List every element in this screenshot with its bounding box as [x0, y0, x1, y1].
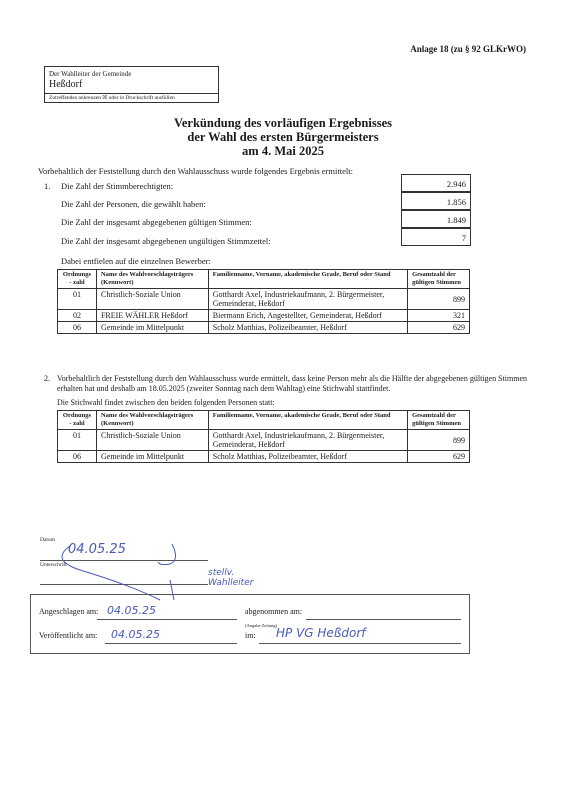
cell-candidate: Scholz Matthias, Polizeibeamter, Heßdorf	[208, 451, 407, 463]
issuer-label: Der Wahlleiter der Gemeinde	[45, 67, 218, 78]
cell-candidate: Biermann Erich, Angestellter, Gemeindera…	[208, 310, 407, 322]
cell-order: 01	[58, 289, 97, 310]
stat-value-valid: 1.849	[401, 210, 471, 228]
cell-votes: 629	[408, 322, 470, 334]
header-order: Ordnungs - zahl	[58, 411, 97, 430]
stat-label-voters: Die Zahl der Personen, die gewählt haben…	[61, 199, 206, 209]
runoff-table: Ordnungs - zahl Name des Wahlvorschlagst…	[57, 410, 470, 463]
cell-votes: 321	[408, 310, 470, 322]
cell-party: FREIE WÄHLER Heßdorf	[96, 310, 208, 322]
title-line-1: Verkündung des vorläufigen Ergebnisses	[0, 116, 566, 130]
header-order: Ordnungs - zahl	[58, 270, 97, 289]
stat-label-valid: Die Zahl der insgesamt abgegebenen gülti…	[61, 217, 252, 227]
where-label: im:	[245, 631, 256, 640]
table-header-row: Ordnungs - zahl Name des Wahlvorschlagst…	[58, 411, 470, 430]
stat-value-eligible: 2.946	[401, 174, 471, 192]
document-title: Verkündung des vorläufigen Ergebnisses d…	[0, 116, 566, 158]
cell-order: 01	[58, 430, 97, 451]
table-header-row: Ordnungs - zahl Name des Wahlvorschlagst…	[58, 270, 470, 289]
stat-value-invalid: 7	[401, 228, 471, 246]
published-value: 04.05.25	[111, 628, 160, 641]
published-line	[105, 643, 237, 644]
cell-votes: 629	[408, 451, 470, 463]
cell-votes: 899	[408, 289, 470, 310]
cell-party: Gemeinde im Mittelpunkt	[96, 451, 208, 463]
header-candidate: Familienname, Vorname, akademische Grade…	[208, 270, 407, 289]
removed-line	[306, 619, 461, 620]
removed-label: abgenommen am:	[245, 607, 302, 616]
stat-label-eligible: Die Zahl der Stimmberechtigten:	[61, 181, 173, 191]
cell-candidate: Gotthardt Axel, Industriekaufmann, 2. Bü…	[208, 430, 407, 451]
header-candidate: Familienname, Vorname, akademische Grade…	[208, 411, 407, 430]
section2-text: Vorbehaltlich der Feststellung durch den…	[57, 374, 527, 394]
table-row: 01Christlich-Soziale UnionGotthardt Axel…	[58, 289, 470, 310]
cell-votes: 899	[408, 430, 470, 451]
candidates-table: Ordnungs - zahl Name des Wahlvorschlagst…	[57, 269, 470, 334]
cell-candidate: Scholz Matthias, Polizeibeamter, Heßdorf	[208, 322, 407, 334]
where-hint: (Angabe Zeitung)	[245, 623, 277, 628]
table-row: 02FREIE WÄHLER HeßdorfBiermann Erich, An…	[58, 310, 470, 322]
header-votes: Gesamtzahl der gültigen Stimmen	[408, 270, 470, 289]
signature-stroke-icon	[40, 540, 220, 602]
posted-line	[97, 619, 237, 620]
annex-reference: Anlage 18 (zu § 92 GLKrWO)	[410, 44, 526, 54]
cell-party: Gemeinde im Mittelpunkt	[96, 322, 208, 334]
table-row: 06Gemeinde im MittelpunktScholz Matthias…	[58, 322, 470, 334]
intro-text: Vorbehaltlich der Feststellung durch den…	[38, 166, 353, 176]
cell-order: 02	[58, 310, 97, 322]
header-party: Name des Wahlvorschlagsträgers (Kennwort…	[96, 270, 208, 289]
cell-order: 06	[58, 451, 97, 463]
header-votes: Gesamtzahl der gültigen Stimmen	[408, 411, 470, 430]
posted-value: 04.05.25	[107, 604, 156, 617]
table-row: 01Christlich-Soziale UnionGotthardt Axel…	[58, 430, 470, 451]
table-row: 06Gemeinde im MittelpunktScholz Matthias…	[58, 451, 470, 463]
posting-box: Angeschlagen am: 04.05.25 Veröffentlicht…	[30, 594, 470, 654]
published-label: Veröffentlicht am:	[39, 631, 97, 640]
issuer-box: Der Wahlleiter der Gemeinde Heßdorf Zutr…	[44, 66, 219, 103]
runoff-intro: Die Stichwahl findet zwischen den beiden…	[57, 398, 275, 407]
cell-order: 06	[58, 322, 97, 334]
cell-party: Christlich-Soziale Union	[96, 430, 208, 451]
cell-candidate: Gotthardt Axel, Industriekaufmann, 2. Bü…	[208, 289, 407, 310]
where-value: HP VG Heßdorf	[276, 626, 365, 640]
issuer-hint: Zutreffendes ankreuzen ☒ oder in Drucksc…	[45, 93, 218, 102]
header-party: Name des Wahlvorschlagsträgers (Kennwort…	[96, 411, 208, 430]
stat-label-invalid: Die Zahl der insgesamt abgegebenen ungül…	[61, 236, 271, 246]
stat-value-voters: 1.856	[401, 192, 471, 210]
title-line-2: der Wahl des ersten Bürgermeisters	[0, 130, 566, 144]
section2-number: 2.	[44, 374, 50, 383]
candidates-intro: Dabei entfielen auf die einzelnen Bewerb…	[61, 256, 211, 266]
cell-party: Christlich-Soziale Union	[96, 289, 208, 310]
where-line	[259, 643, 461, 644]
title-line-3: am 4. Mai 2025	[0, 144, 566, 158]
section1-number: 1.	[44, 181, 50, 191]
posted-label: Angeschlagen am:	[39, 607, 98, 616]
municipality-name: Heßdorf	[45, 78, 218, 93]
